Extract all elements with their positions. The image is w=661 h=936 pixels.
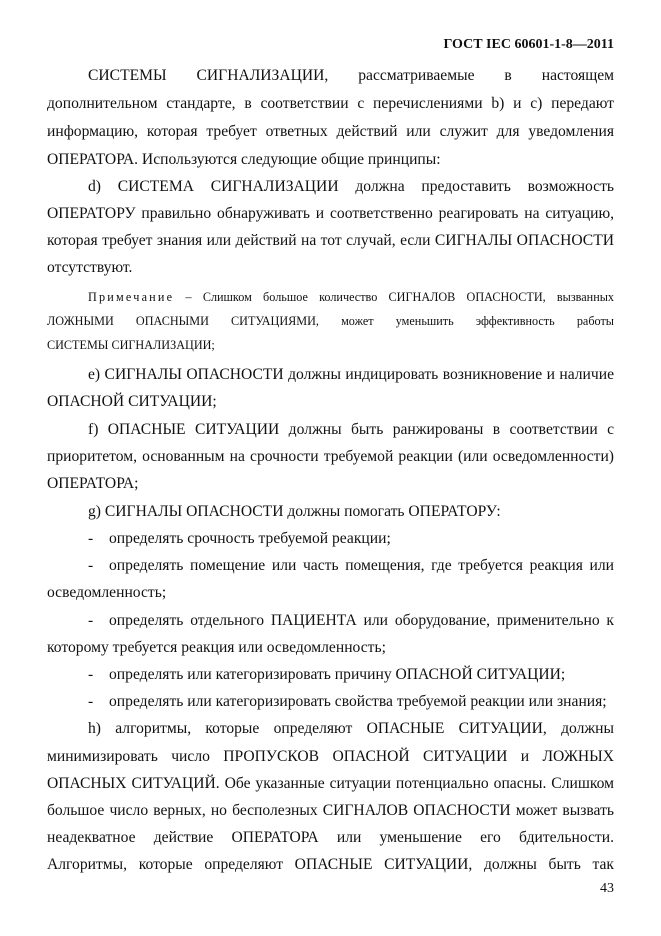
text-line: g) СИГНАЛЫ ОПАСНОСТИ должны помогать ОПЕ… [88, 502, 614, 522]
text-line: определять срочность требуемой реакции; [109, 529, 614, 549]
text-line: ОПЕРАТОРУ правильно обнаруживать и соотв… [47, 204, 614, 224]
text-line: которому требуется реакция или осведомле… [47, 638, 614, 658]
text-line: ОПАСНЫХ СИТУАЦИЙ. Обе указанные ситуации… [47, 774, 614, 794]
text-line: осведомленность; [47, 583, 614, 603]
text-line: ОПЕРАТОРА; [47, 474, 614, 494]
bullet-dash: - [88, 556, 93, 576]
bullet-dash: - [88, 529, 93, 549]
note-line: СИСТЕМЫ СИГНАЛИЗАЦИИ; [47, 335, 614, 355]
text-line: определять или категоризировать свойства… [109, 692, 614, 712]
text-line: d) СИСТЕМА СИГНАЛИЗАЦИИ должна предостав… [88, 177, 614, 197]
text-line: h) алгоритмы, которые определяют ОПАСНЫЕ… [88, 719, 614, 739]
text-line: ОПАСНОЙ СИТУАЦИИ; [47, 392, 614, 412]
note-label: Примечание [88, 290, 174, 304]
text-line: которая требует знания или действий на т… [47, 231, 614, 251]
text-line: определять отдельного ПАЦИЕНТА или обору… [109, 611, 614, 631]
text-line: приоритетом, основанным на срочности тре… [47, 447, 614, 467]
text-line: определять помещение или часть помещения… [109, 556, 614, 576]
note-line: ЛОЖНЫМИ ОПАСНЫМИ СИТУАЦИЯМИ, может умень… [47, 311, 614, 331]
text-line: неадекватное действие ОПЕРАТОРА или умен… [47, 828, 614, 848]
text-line: информацию, которая требует ответных дей… [47, 122, 614, 142]
text-line: СИСТЕМЫ СИГНАЛИЗАЦИИ, рассматриваемые в … [88, 66, 614, 86]
bullet-dash: - [88, 665, 93, 685]
text-line: отсутствуют. [47, 258, 614, 278]
text-line: ОПЕРАТОРА. Используются следующие общие … [47, 150, 614, 170]
bullet-dash: - [88, 611, 93, 631]
text-line: f) ОПАСНЫЕ СИТУАЦИИ должны быть ранжиров… [88, 420, 614, 440]
text-line: дополнительном стандарте, в соответствии… [47, 94, 614, 114]
document-header: ГОСТ IEC 60601-1-8—2011 [443, 37, 614, 53]
note-line: Примечание – Слишком большое количество … [88, 287, 614, 307]
text-line: минимизировать число ПРОПУСКОВ ОПАСНОЙ С… [47, 747, 614, 767]
bullet-dash: - [88, 692, 93, 712]
text-line: определять или категоризировать причину … [109, 665, 614, 685]
page-number: 43 [600, 881, 614, 897]
text-line: e) СИГНАЛЫ ОПАСНОСТИ должны индицировать… [88, 365, 614, 385]
text-line: большое число верных, но бесполезных СИГ… [47, 801, 614, 821]
text-line: Алгоритмы, которые определяют ОПАСНЫЕ СИ… [47, 855, 614, 875]
